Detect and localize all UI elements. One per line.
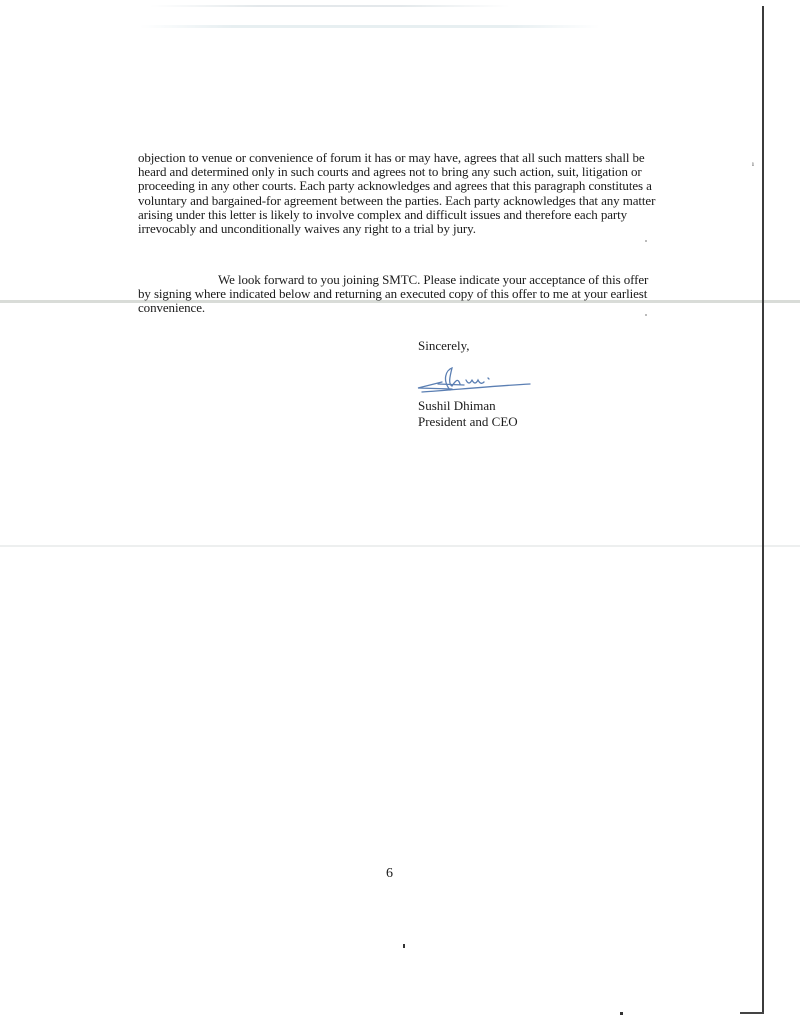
signer-title: President and CEO xyxy=(418,415,518,430)
margin-mark: ı xyxy=(752,160,754,168)
salutation: Sincerely, xyxy=(418,339,470,354)
paragraph-acceptance: We look forward to you joining SMTC. Ple… xyxy=(138,273,663,316)
scan-artifact-top-faint xyxy=(140,25,600,28)
scan-speck xyxy=(645,314,647,316)
paragraph-jurisdiction: objection to venue or convenience of for… xyxy=(138,151,663,236)
scan-speck xyxy=(403,944,405,948)
scan-artifact-top xyxy=(150,5,510,7)
signer-name: Sushil Dhiman xyxy=(418,399,496,414)
paragraph-acceptance-text: We look forward to you joining SMTC. Ple… xyxy=(138,272,648,315)
page-number: 6 xyxy=(386,866,393,882)
scan-speck xyxy=(645,240,647,242)
signature-image xyxy=(412,362,532,398)
page-right-border-foot xyxy=(740,1012,764,1014)
scan-speck xyxy=(620,1012,623,1015)
page-right-border xyxy=(762,6,764,1012)
scan-fold-line-faint xyxy=(0,545,800,547)
